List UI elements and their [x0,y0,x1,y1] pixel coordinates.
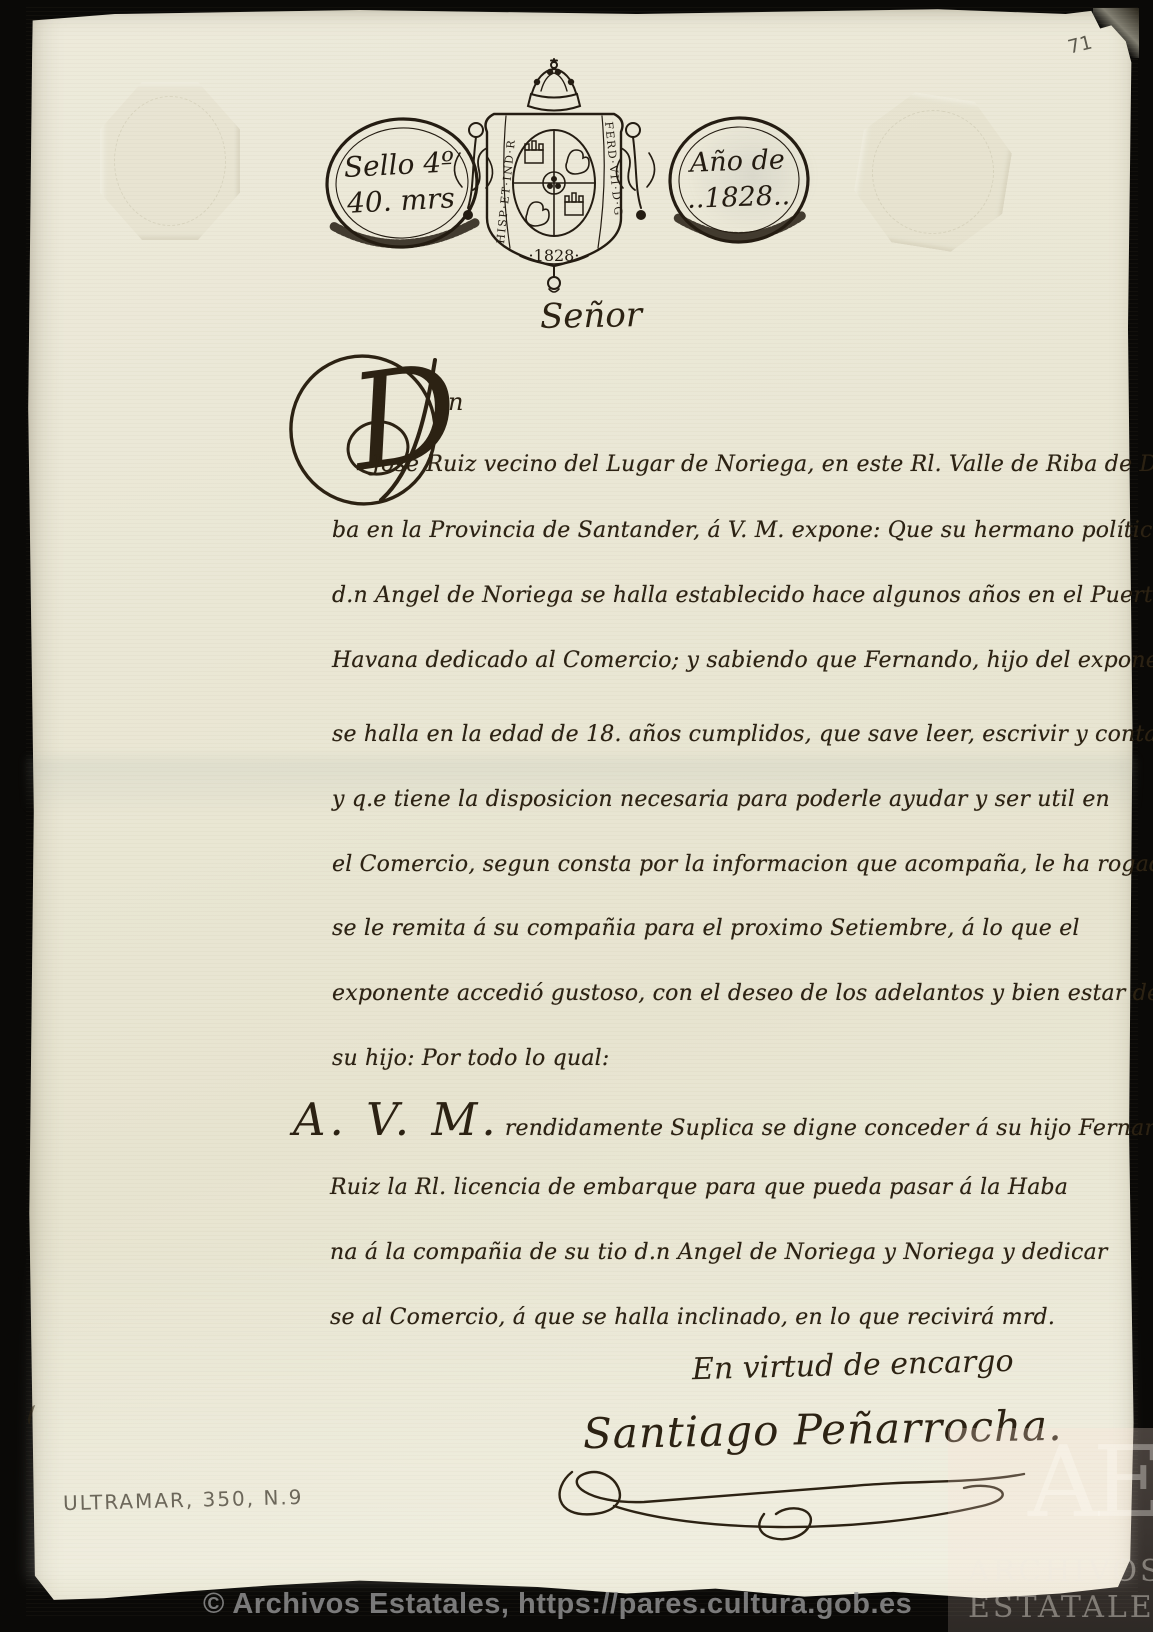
manuscript-line: se halla en la edad de 18. años cumplido… [332,722,1153,747]
manuscript-line: el Comercio, segun consta por la informa… [332,852,1153,877]
petition-address: A. V. M. [293,1093,500,1146]
manuscript-line: d.n Angel de Noriega se halla establecid… [332,583,1153,608]
manuscript-line: su hijo: Por todo lo qual: [332,1046,610,1071]
manuscript-line: se le remita á su compañia para el proxi… [332,916,1080,941]
initial-superscript: n [448,388,463,416]
crown-icon [528,59,580,111]
archive-watermark: AE ARCHIVOS ESTATALES [948,1428,1153,1632]
photographed-manuscript: Sello 4º 40. mrs Año de ..1828.. [0,0,1153,1632]
tax-stamp: Sello 4º 40. mrs Año de ..1828.. [292,58,817,298]
archive-monogram: AE [1028,1426,1153,1540]
stamp-year-line2: ..1828.. [687,180,791,215]
folded-corner [1093,8,1139,58]
archive-watermark-line: ESTATALES [968,1590,1153,1625]
petition-line: A. V. M. rendidamente Suplica se digne c… [293,1093,1153,1146]
copyright-watermark: © Archivos Estatales, https://pares.cult… [203,1588,912,1621]
stamp-denomination-line2: 40. mrs [345,181,455,220]
stamp-year-line1: Año de [686,144,785,178]
manuscript-line: se al Comercio, á que se halla inclinado… [330,1305,1055,1330]
salutation: Señor [540,295,643,337]
manuscript-line: y q.e tiene la disposicion necesaria par… [332,787,1110,812]
manuscript-line: Ruiz la Rl. licencia de embarque para qu… [330,1175,1068,1200]
manuscript-line: José Ruiz vecino del Lugar de Noriega, e… [372,452,1153,477]
stamp-denomination-line1: Sello 4º [343,145,455,184]
manuscript-line: Havana dedicado al Comercio; y sabiendo … [332,648,1153,673]
petition-text: rendidamente Suplica se digne conceder á… [505,1116,1153,1141]
archive-watermark-line: ARCHIVOS [968,1554,1153,1589]
shield-year-text: ·1828· [529,246,580,265]
manuscript-line: na á la compañia de su tio d.n Angel de … [330,1240,1108,1265]
manuscript-line: ba en la Provincia de Santander, á V. M.… [332,518,1153,543]
manuscript-line: exponente accedió gustoso, con el deseo … [332,981,1153,1006]
